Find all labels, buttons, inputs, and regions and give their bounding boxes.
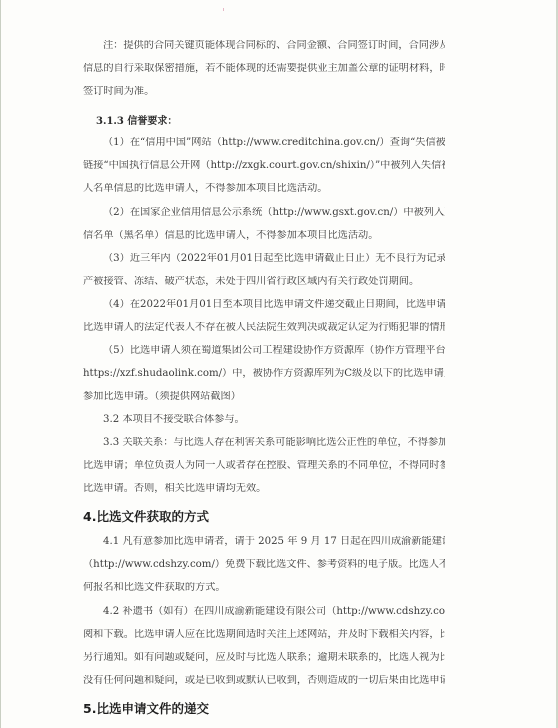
credit-item-5-line-2: https://xzf.shudaolink.com/）中，被协作方资源库列为C…	[83, 368, 445, 380]
section-4-2-line-4: 没有任何问题和疑问，或是已收到或默认已收到，否则造成的一切后果由比选申请人负责。	[83, 675, 445, 687]
credit-item-1-line-2: 链接“中国执行信息公开网（http://zxgk.court.gov.cn/sh…	[83, 160, 445, 172]
credit-item-5-line-1: （5）比选申请人须在蜀道集团公司工程建设协作方资源库（协作方管理平台，网址：	[103, 345, 445, 357]
credit-item-3-line-2: 产被接管、冻结、破产状态，未处于四川省行政区域内有关行政处罚期间。	[83, 276, 445, 288]
section-4-1-line-1: 4.1 凡有意参加比选申请者，请于 2025 年 9 月 17 日起在四川成渝新…	[103, 536, 445, 548]
section-4-2-line-1: 4.2 补遗书（如有）在四川成渝新能建设有限公司（http://www.cdsh…	[103, 606, 445, 618]
scan-mark	[223, 8, 224, 11]
section-4-2-line-2: 阅和下载。比选申请人应在比选期间适时关注上述网站，并及时下载相关内容，比选人不再	[83, 629, 445, 641]
section-5-heading: 5.比选申请文件的递交	[83, 699, 209, 717]
section-3-3-line-1: 3.3 关联关系：与比选人存在利害关系可能影响比选公正性的单位，不得参加本项目的	[103, 437, 445, 449]
credit-item-2-line-2: 信名单（黑名单）信息的比选申请人，不得参加本项目比选活动。	[83, 230, 445, 242]
note-line-2: 信息的自行采取保密措施，若不能体现的还需要提供业主加盖公章的证明材料，时间以合同	[83, 63, 445, 75]
section-3-3-line-3: 比选申请。否则，相关比选申请均无效。	[83, 483, 445, 495]
credit-item-4-line-1: （4）在2022年01月01日至本项目比选申请文件递交截止日期间，比选申请人（单…	[103, 299, 445, 311]
credit-item-1-line-3: 人名单信息的比选申请人，不得参加本项目比选活动。	[83, 183, 445, 195]
section-4-heading: 4.比选文件获取的方式	[83, 507, 209, 525]
credit-item-4-line-2: 比选申请人的法定代表人不存在被人民法院生效判决或裁定认定为行贿犯罪的情形。	[83, 322, 445, 334]
note-line-3: 签订时间为准。	[83, 86, 445, 98]
section-4-2-line-3: 另行通知。如有问题或疑问，应及时与比选人联系；逾期未联系的，比选人视为比选申请人	[83, 652, 445, 664]
credit-item-1-line-1: （1）在“信用中国”网站（http://www.creditchina.gov.…	[103, 137, 445, 149]
credit-item-5-line-3: 参加比选申请。（须提供网站截图）	[83, 391, 445, 403]
section-3-1-3-heading: 3.1.3 信誉要求：	[96, 112, 177, 127]
page-edge-left	[0, 0, 1, 728]
section-4-1-line-2: （http://www.cdshzy.com/）免费下载比选文件、参考资料的电子…	[83, 559, 445, 571]
section-3-2-text: 3.2 本项目不接受联合体参与。	[103, 414, 445, 426]
credit-item-3-line-1: （3）近三年内（2022年01月01日起至比选申请截止日止）无不良行为记录，未处…	[103, 253, 445, 265]
section-4-1-line-3: 何报名和比选文件获取的方式。	[83, 582, 445, 594]
note-line-1: 注：提供的合同关键页能体现合同标的、合同金额、合同签订时间，合同涉及敏感机密	[103, 40, 445, 52]
section-3-3-line-2: 比选申请；单位负责人为同一人或者存在控股、管理关系的不同单位，不得同时参加本项目	[83, 460, 445, 472]
credit-item-2-line-1: （2）在国家企业信用信息公示系统（http://www.gsxt.gov.cn/…	[103, 207, 445, 219]
